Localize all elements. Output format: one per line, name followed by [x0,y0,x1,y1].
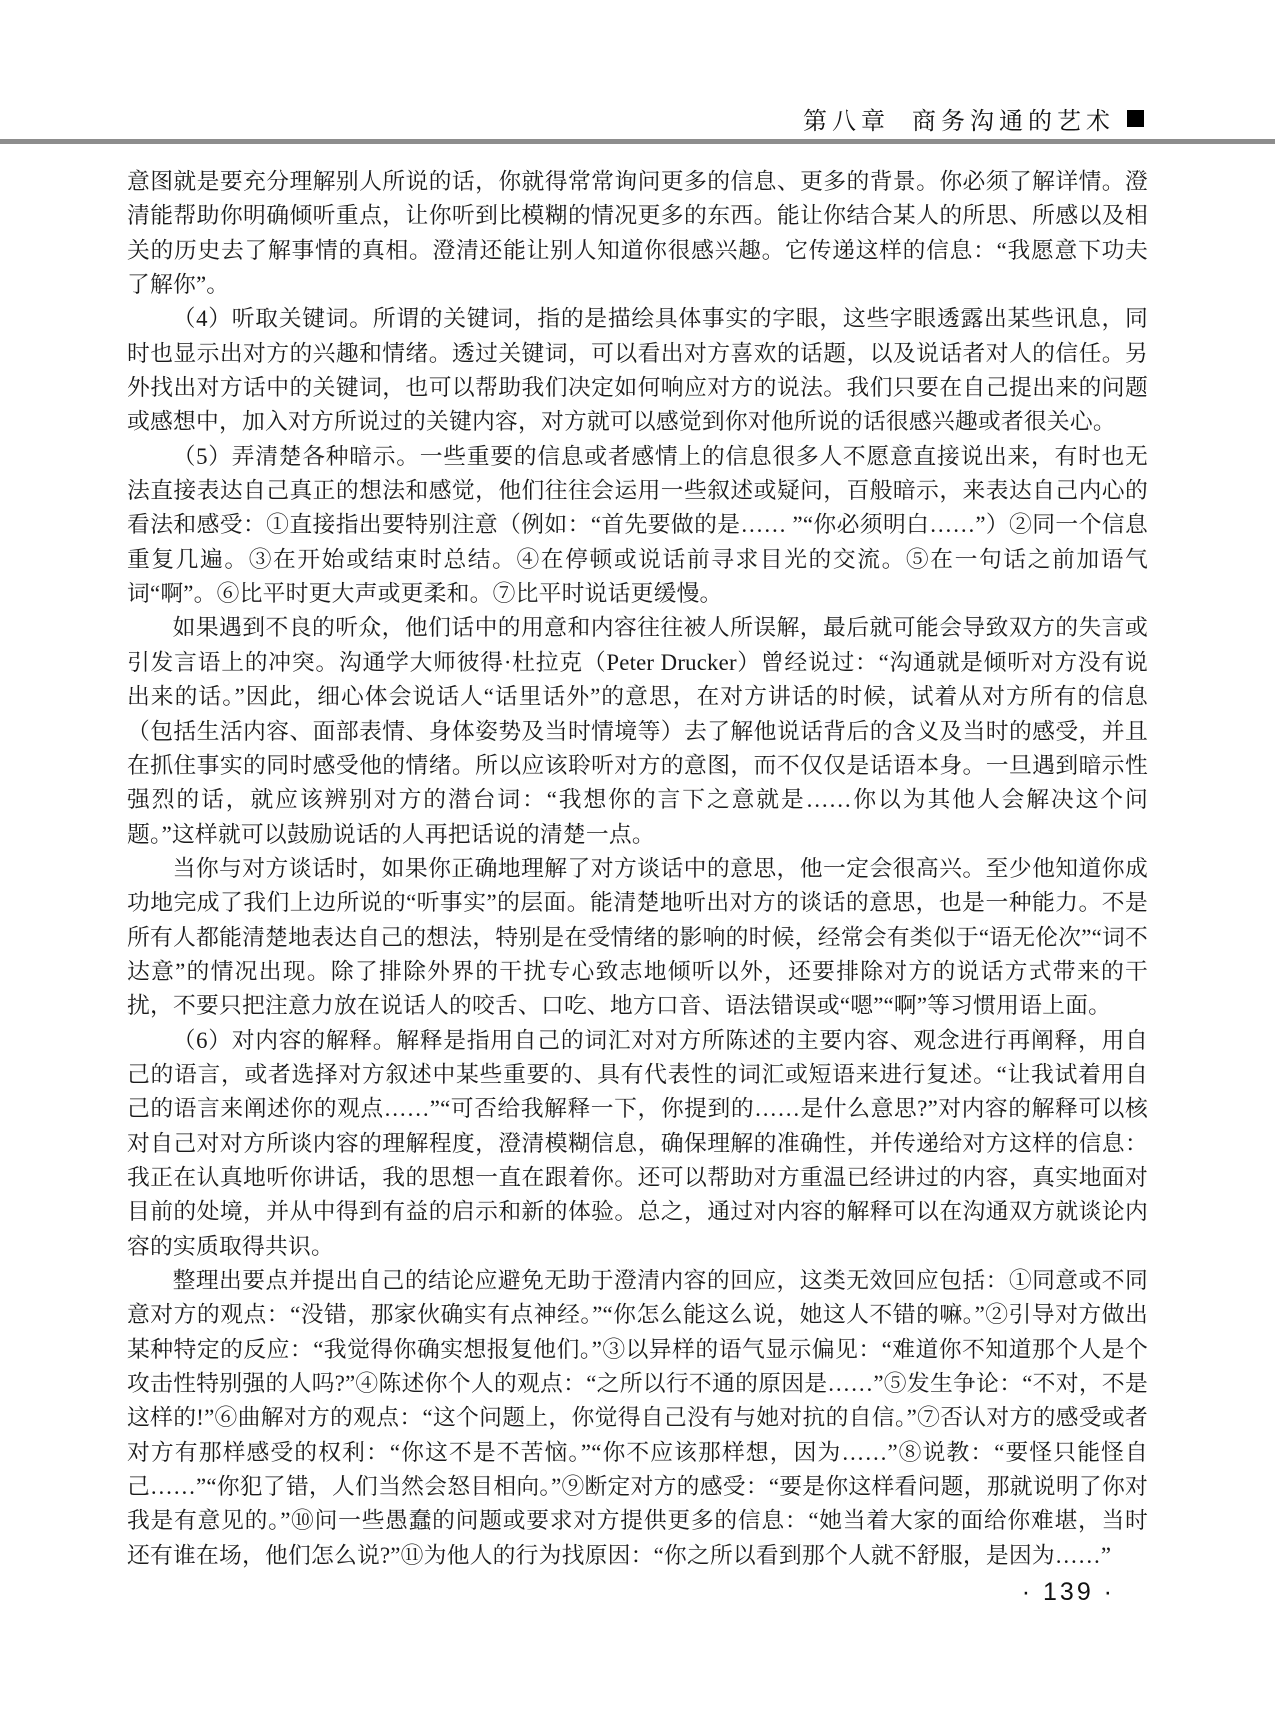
chapter-number: 第八章 [803,101,890,136]
paragraph-bad-listeners: 如果遇到不良的听众，他们话中的用意和内容往往被人所误解，最后就可能会导致双方的失… [127,611,1148,851]
paragraph-item-5: （5）弄清楚各种暗示。一些重要的信息或者感情上的信息很多人不愿意直接说出来，有时… [127,440,1148,612]
paragraph-invalid-responses: 整理出要点并提出自己的结论应避免无助于澄清内容的回应，这类无效回应包括：①同意或… [127,1264,1148,1573]
header-divider [0,139,1275,144]
paragraph-item-6: （6）对内容的解释。解释是指用自己的词汇对对方所陈述的主要内容、观念进行再阐释，… [127,1024,1148,1264]
paragraph-continuation: 意图就是要充分理解别人所说的话，你就得常常询问更多的信息、更多的背景。你必须了解… [127,165,1148,302]
paragraph-understanding: 当你与对方谈话时，如果你正确地理解了对方谈话中的意思，他一定会很高兴。至少他知道… [127,852,1148,1024]
book-page: 第八章 商务沟通的艺术 意图就是要充分理解别人所说的话，你就得常常询问更多的信息… [0,0,1275,1718]
header-square-icon [1127,110,1144,127]
page-header: 第八章 商务沟通的艺术 [803,101,1144,136]
paragraph-item-4: （4）听取关键词。所谓的关键词，指的是描绘具体事实的字眼，这些字眼透露出某些讯息… [127,302,1148,439]
page-number: · 139 · [1022,1578,1115,1607]
page-body-text: 意图就是要充分理解别人所说的话，你就得常常询问更多的信息、更多的背景。你必须了解… [127,165,1148,1573]
chapter-title: 商务沟通的艺术 [912,101,1115,136]
